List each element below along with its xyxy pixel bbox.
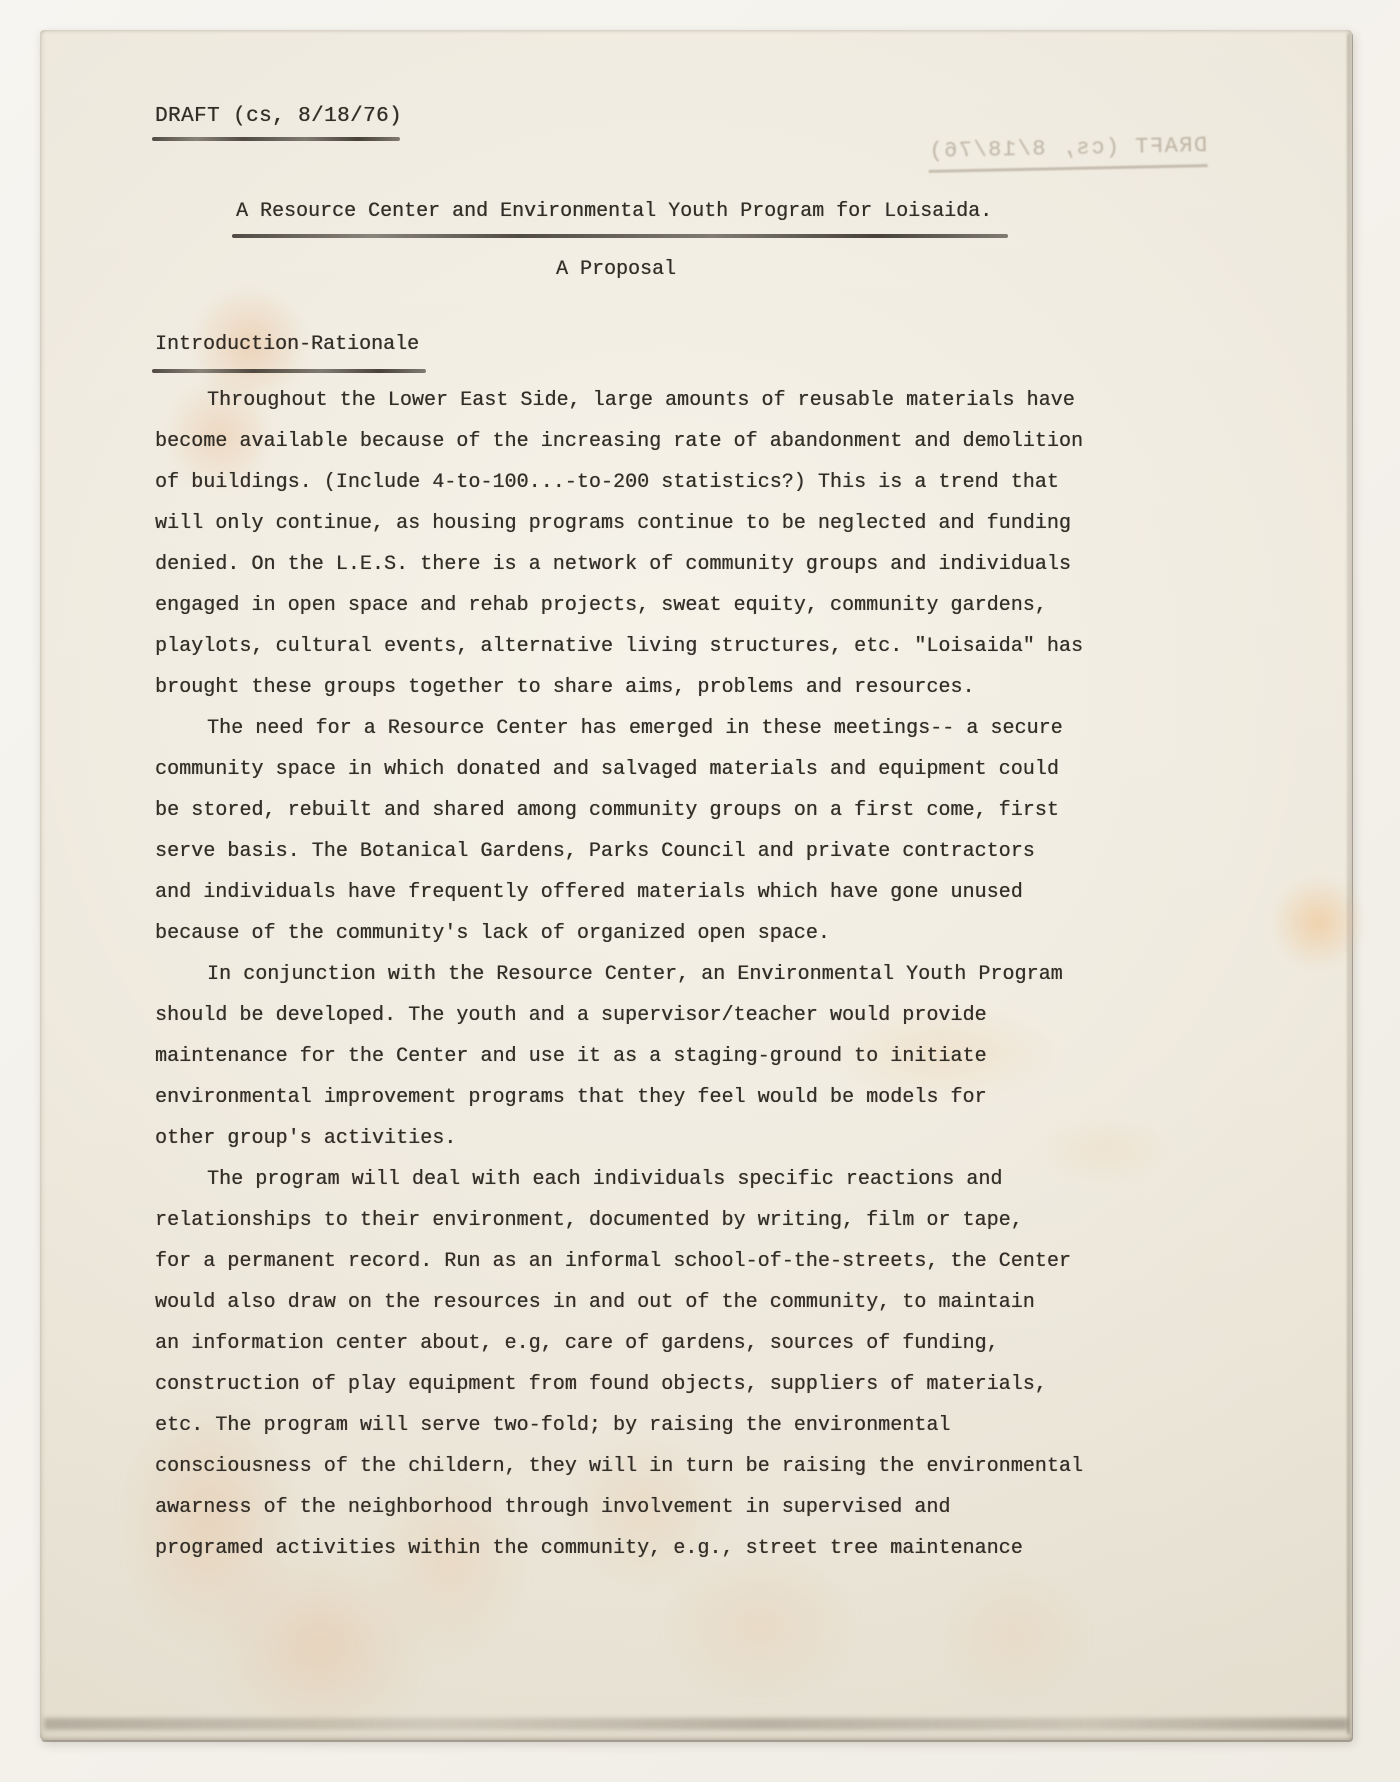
body-line: construction of play equipment from foun… bbox=[155, 1364, 1155, 1405]
title-underline bbox=[232, 234, 1008, 238]
stain bbox=[210, 1550, 430, 1740]
body-line: Throughout the Lower East Side, large am… bbox=[155, 380, 1155, 421]
body-line: be stored, rebuilt and shared among comm… bbox=[155, 790, 1155, 831]
body-line: serve basis. The Botanical Gardens, Park… bbox=[155, 831, 1155, 872]
draft-underline bbox=[152, 137, 400, 141]
section-heading-underline bbox=[152, 369, 426, 373]
body-line: consciousness of the childern, they will… bbox=[155, 1446, 1155, 1487]
body-line: become available because of the increasi… bbox=[155, 421, 1155, 462]
document-subtitle: A Proposal bbox=[236, 258, 996, 281]
body-line: maintenance for the Center and use it as… bbox=[155, 1036, 1155, 1077]
paragraph: Throughout the Lower East Side, large am… bbox=[155, 380, 1155, 708]
body-line: The program will deal with each individu… bbox=[155, 1159, 1155, 1200]
body-text: Throughout the Lower East Side, large am… bbox=[155, 380, 1155, 1569]
body-line: engaged in open space and rehab projects… bbox=[155, 585, 1155, 626]
stain bbox=[940, 1570, 1090, 1700]
body-line: and individuals have frequently offered … bbox=[155, 872, 1155, 913]
paragraph: In conjunction with the Resource Center,… bbox=[155, 954, 1155, 1159]
draft-label: DRAFT (cs, 8/18/76) bbox=[155, 105, 402, 128]
body-line: relationships to their environment, docu… bbox=[155, 1200, 1155, 1241]
paragraph: The program will deal with each individu… bbox=[155, 1159, 1155, 1569]
body-line: playlots, cultural events, alternative l… bbox=[155, 626, 1155, 667]
body-line: brought these groups together to share a… bbox=[155, 667, 1155, 708]
paper-bottom-edge-shadow bbox=[44, 1718, 1348, 1730]
body-line: because of the community's lack of organ… bbox=[155, 913, 1155, 954]
bleedthrough-text: DRAFT (cs, 8/18/76) bbox=[928, 133, 1208, 173]
body-line: an information center about, e.g, care o… bbox=[155, 1323, 1155, 1364]
body-line: will only continue, as housing programs … bbox=[155, 503, 1155, 544]
paper-right-edge-shadow bbox=[1347, 34, 1350, 1734]
body-line: In conjunction with the Resource Center,… bbox=[155, 954, 1155, 995]
body-line: The need for a Resource Center has emerg… bbox=[155, 708, 1155, 749]
document-title: A Resource Center and Environmental Yout… bbox=[236, 200, 992, 223]
document-page: DRAFT (cs, 8/18/76) DRAFT (cs, 8/18/76) … bbox=[40, 30, 1352, 1740]
body-line: would also draw on the resources in and … bbox=[155, 1282, 1155, 1323]
body-line: should be developed. The youth and a sup… bbox=[155, 995, 1155, 1036]
body-line: for a permanent record. Run as an inform… bbox=[155, 1241, 1155, 1282]
body-line: awarness of the neighborhood through inv… bbox=[155, 1487, 1155, 1528]
body-line: community space in which donated and sal… bbox=[155, 749, 1155, 790]
body-line: etc. The program will serve two-fold; by… bbox=[155, 1405, 1155, 1446]
section-heading: Introduction-Rationale bbox=[155, 333, 419, 356]
body-line: environmental improvement programs that … bbox=[155, 1077, 1155, 1118]
body-line: programed activities within the communit… bbox=[155, 1528, 1155, 1569]
body-line: denied. On the L.E.S. there is a network… bbox=[155, 544, 1155, 585]
body-line: of buildings. (Include 4-to-100...-to-20… bbox=[155, 462, 1155, 503]
stain bbox=[660, 1550, 860, 1700]
paragraph: The need for a Resource Center has emerg… bbox=[155, 708, 1155, 954]
body-line: other group's activities. bbox=[155, 1118, 1155, 1159]
